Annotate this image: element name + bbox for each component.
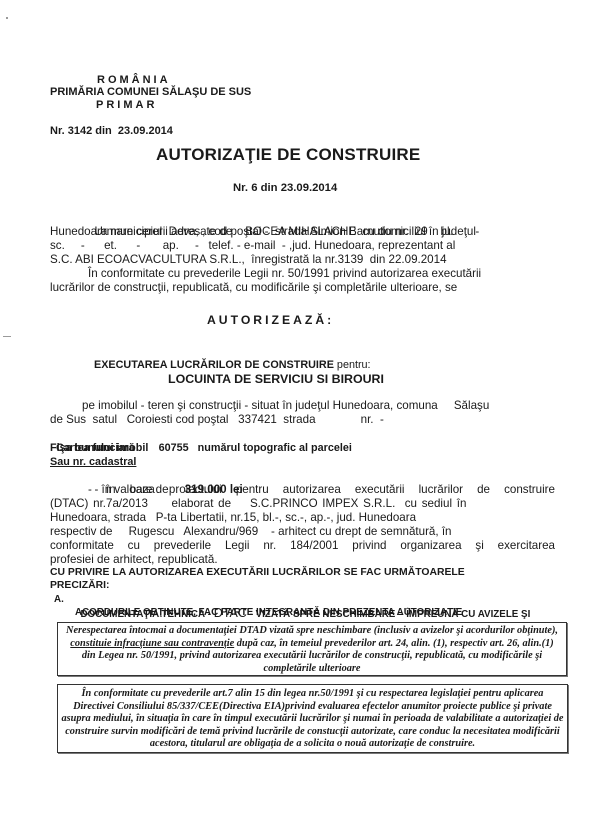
authorization-number: Nr. 6 din 23.09.2014 <box>233 181 337 195</box>
page-title: AUTORIZAŢIE DE CONSTRUIRE <box>156 148 420 162</box>
works-label: EXECUTAREA LUCRĂRILOR DE CONSTRUIRE pent… <box>88 344 371 372</box>
property-line-1: pe imobilul - teren şi construcţii - sit… <box>82 399 489 413</box>
notice1-line-3: din Legea nr. 50/1991, privind autorizar… <box>58 650 566 663</box>
item-a-marker: A. <box>54 593 64 607</box>
property-line-2: de Sus satul Coroiesti cod poştal 337421… <box>50 413 384 427</box>
land-book-value: 60755 <box>159 442 189 454</box>
specifications-heading-1: CU PRIVIRE LA AUTORIZAREA EXECUTĂRII LUC… <box>50 566 465 580</box>
intro-line-6: lucrărilor de construcţii, republicată, … <box>50 281 457 295</box>
notice1-line-2: constituie infracţiune sau contravenţie … <box>58 638 566 651</box>
property-sheet-label: Fişa bunului imobil <box>50 441 148 455</box>
office-heading: PRIMAR <box>96 98 157 112</box>
notice1-line-1: Nerespectarea întocmai a documentaţiei D… <box>58 625 566 638</box>
institution-heading: PRIMĂRIA COMUNEI SĂLAŞU DE SUS <box>50 85 251 99</box>
notice-box-dtac: Nerespectarea întocmai a documentaţiei D… <box>57 622 567 676</box>
project-line-2: (DTAC) nr.7a/2013 elaborat de S.C.PRINCO… <box>50 497 466 511</box>
intro-line-3: sc. - et. - ap. - telef. - e-mail - ,jud… <box>50 239 455 253</box>
authorizes-heading: AUTORIZEAZĂ: <box>207 313 334 327</box>
notice1-line-2-rest: după caz, în temeiul prevederilor art. 2… <box>234 638 553 649</box>
intro-line-2: Hunedoara municipiul Deva, , cod poştal … <box>50 225 479 239</box>
notice2-line-1: În conformitate cu prevederile art.7 ali… <box>58 688 567 701</box>
notice1-line-4: completările ulterioare <box>58 663 566 676</box>
scan-mark <box>3 336 11 337</box>
notice2-line-3: asupra mediului, în situaţia în care în … <box>58 713 567 726</box>
works-label-bold: EXECUTAREA LUCRĂRILOR DE CONSTRUIRE <box>94 359 334 371</box>
project-line-3: Hunedoara, strada P-ta Libertatii, nr.15… <box>50 511 416 525</box>
project-line-6: profesiei de arhitect, republicată. <box>50 553 218 567</box>
registration-number: Nr. 3142 din 23.09.2014 <box>50 124 173 138</box>
intro-line-4: S.C. ABI ECOACVACULTURA S.R.L., înregist… <box>50 253 447 267</box>
project-line-4: respectiv de Rugescu Alexandru/969 - arh… <box>50 525 452 539</box>
notice2-line-2: Directivei Consiliului 85/337/CEE(Direct… <box>58 701 567 714</box>
notice2-line-4: construire survin modificări de temă pri… <box>58 726 567 739</box>
cadastral-label: Sau nr. cadastral <box>50 455 136 469</box>
scan-dot <box>6 17 8 19</box>
topo-label: numărul topografic al parcelei <box>198 442 352 454</box>
project-line-5: conformitate cu prevederile Legii nr. 18… <box>50 539 555 553</box>
notice2-line-5: acestora, titularul are obligaţia de a s… <box>58 738 567 751</box>
notice1-offense: constituie infracţiune sau contravenţie <box>70 638 234 649</box>
project-line-1: - în baza proiectului pentru autorizarea… <box>88 483 555 497</box>
notice-box-eia: În conformitate cu prevederile art.7 ali… <box>57 684 568 753</box>
works-label-rest: pentru: <box>334 359 371 371</box>
construction-object: LOCUINTA DE SERVICIU SI BIROURI <box>168 372 384 386</box>
item-a-line-2: ACORDURILE OBŢINUTE, FAC PARTE INTEGRANT… <box>75 606 462 620</box>
specifications-heading-2: PRECIZĂRI: <box>50 579 109 593</box>
intro-line-5: În conformitate cu prevederile Legii nr.… <box>88 267 481 281</box>
